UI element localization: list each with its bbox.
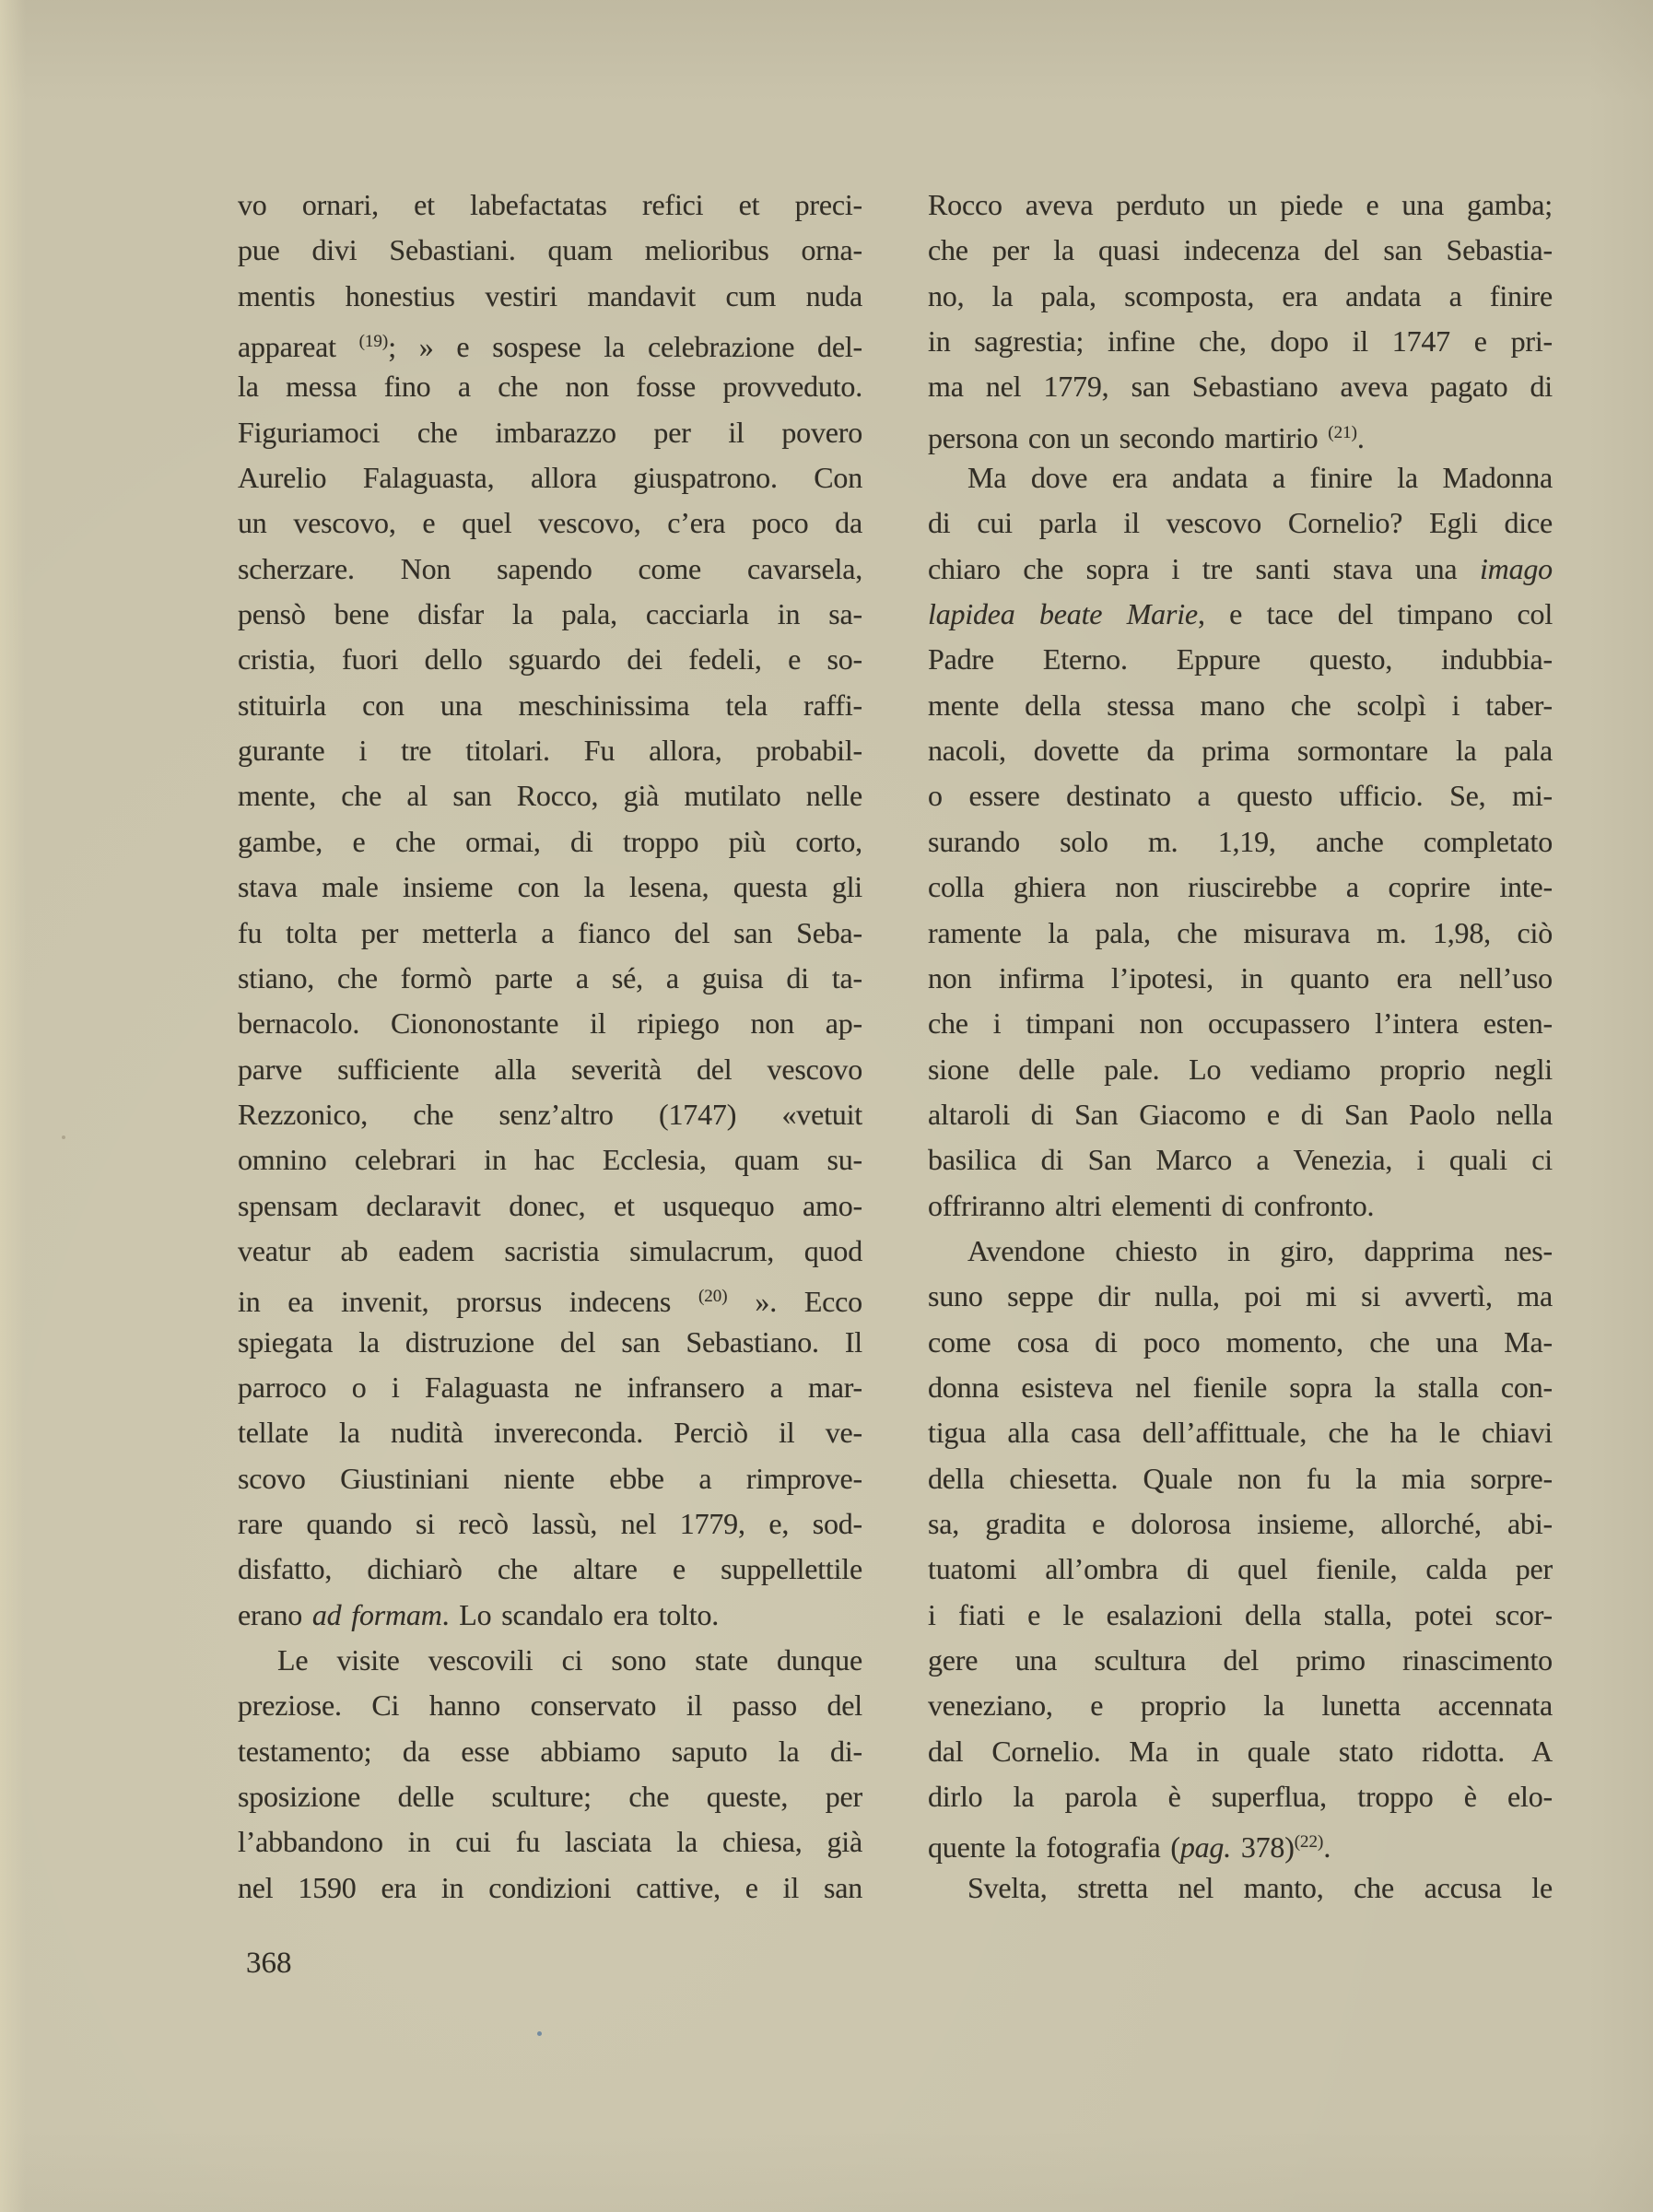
footnote-marker: (21)	[1328, 423, 1357, 442]
text-line: rare quando si recò lassù, nel 1779, e, …	[238, 1501, 862, 1547]
text-segment: gambe, e che ormai, di troppo più corto,	[238, 825, 862, 858]
text-segment: stava male insieme con la lesena, questa…	[238, 870, 862, 903]
text-line: pensò bene disfar la pala, cacciarla in …	[238, 592, 862, 637]
text-line: Figuriamoci che imbarazzo per il povero	[238, 410, 862, 455]
text-line: stituirla con una meschinissima tela raf…	[238, 683, 862, 728]
text-line: surando solo m. 1,19, anche completato	[928, 819, 1553, 865]
text-line: bernacolo. Ciononostante il ripiego non …	[238, 1001, 862, 1046]
text-segment: offriranno altri elementi di confronto.	[928, 1189, 1374, 1222]
text-segment: colla ghiera non riuscirebbe a coprire i…	[928, 870, 1553, 903]
text-line: mentis honestius vestiri mandavit cum nu…	[238, 274, 862, 319]
text-line: Avendone chiesto in giro, dapprima nes-	[928, 1229, 1553, 1274]
text-column-left: vo ornari, et labefactatas refici et pre…	[238, 182, 862, 1911]
text-segment: bernacolo. Ciononostante il ripiego non …	[238, 1006, 862, 1040]
text-segment: testamento; da esse abbiamo saputo la di…	[238, 1735, 862, 1768]
text-segment: parve sufficiente alla severità del vesc…	[238, 1053, 862, 1086]
text-line: parve sufficiente alla severità del vesc…	[238, 1047, 862, 1092]
text-line: preziose. Ci hanno conservato il passo d…	[238, 1683, 862, 1728]
text-line: mente della stessa mano che scolpì i tab…	[928, 683, 1553, 728]
text-segment: i fiati e le esalazioni della stalla, po…	[928, 1598, 1553, 1631]
text-line: sione delle pale. Lo vediamo proprio neg…	[928, 1047, 1553, 1092]
text-line: i fiati e le esalazioni della stalla, po…	[928, 1593, 1553, 1638]
text-line: disfatto, dichiarò che altare e suppelle…	[238, 1547, 862, 1592]
text-segment: persona con un secondo martirio	[928, 421, 1328, 454]
text-line: omnino celebrari in hac Ecclesia, quam s…	[238, 1137, 862, 1182]
text-segment: omnino celebrari in hac Ecclesia, quam s…	[238, 1143, 862, 1176]
text-segment: nacoli, dovette da prima sormontare la p…	[928, 734, 1553, 767]
text-line: quente la fotografia (pag. 378)(22).	[928, 1819, 1553, 1865]
text-segment: mente della stessa mano che scolpì i tab…	[928, 688, 1553, 722]
text-line: erano ad formam. Lo scandalo era tolto.	[238, 1593, 862, 1638]
text-segment: in ea invenit, prorsus indecens	[238, 1285, 698, 1318]
text-line: di cui parla il vescovo Cornelio? Egli d…	[928, 500, 1553, 546]
text-line: un vescovo, e quel vescovo, c’era poco d…	[238, 500, 862, 546]
text-segment: Avendone chiesto in giro, dapprima nes-	[967, 1234, 1553, 1267]
text-line: parroco o i Falaguasta ne infransero a m…	[238, 1365, 862, 1410]
text-segment: tuatomi all’ombra di quel fienile, calda…	[928, 1552, 1553, 1585]
text-line: Ma dove era andata a finire la Madonna	[928, 455, 1553, 500]
text-line: veneziano, e proprio la lunetta accennat…	[928, 1683, 1553, 1728]
text-segment: suno seppe dir nulla, poi mi si avvertì,…	[928, 1279, 1553, 1312]
text-segment: pue divi Sebastiani. quam melioribus orn…	[238, 233, 862, 266]
text-line: spensam declaravit donec, et usquequo am…	[238, 1183, 862, 1229]
text-segment: preziose. Ci hanno conservato il passo d…	[238, 1688, 862, 1722]
text-segment: la messa fino a che non fosse provveduto…	[238, 370, 862, 403]
text-segment: dal Cornelio. Ma in quale stato ridotta.…	[928, 1735, 1553, 1768]
book-page: vo ornari, et labefactatas refici et pre…	[0, 0, 1653, 2212]
text-line: mente, che al san Rocco, già mutilato ne…	[238, 773, 862, 818]
text-segment: Rocco aveva perduto un piede e una gamba…	[928, 188, 1553, 221]
page-number: 368	[246, 1947, 292, 1981]
text-segment: ramente la pala, che misurava m. 1,98, c…	[928, 916, 1553, 949]
text-segment: veneziano, e proprio la lunetta accennat…	[928, 1688, 1553, 1722]
text-line: gambe, e che ormai, di troppo più corto,	[238, 819, 862, 865]
text-segment: l’abbandono in cui fu lasciata la chiesa…	[238, 1825, 862, 1858]
text-line: suno seppe dir nulla, poi mi si avvertì,…	[928, 1274, 1553, 1319]
text-segment: gere una scultura del primo rinascimento	[928, 1643, 1553, 1677]
text-segment: pensò bene disfar la pala, cacciarla in …	[238, 597, 862, 630]
text-segment: cristia, fuori dello sguardo dei fedeli,…	[238, 642, 862, 676]
text-segment: dirlo la parola è superflua, troppo è el…	[928, 1780, 1553, 1813]
text-line: gurante i tre titolari. Fu allora, proba…	[238, 728, 862, 773]
text-segment: , e tace del timpano col	[1198, 597, 1553, 630]
text-segment: vo ornari, et labefactatas refici et pre…	[238, 188, 862, 221]
text-segment: scherzare. Non sapendo come cavarsela,	[238, 552, 862, 585]
text-line: scherzare. Non sapendo come cavarsela,	[238, 547, 862, 592]
text-segment: mente, che al san Rocco, già mutilato ne…	[238, 779, 862, 812]
text-segment: che i timpani non occupassero l’intera e…	[928, 1006, 1553, 1040]
text-segment: Aurelio Falaguasta, allora giuspatrono. …	[238, 461, 862, 494]
text-segment: Rezzonico, che senz’altro (1747) «vetuit	[238, 1098, 862, 1131]
text-line: la messa fino a che non fosse provveduto…	[238, 364, 862, 409]
text-line: offriranno altri elementi di confronto.	[928, 1183, 1553, 1229]
text-segment: o essere destinato a questo ufficio. Se,…	[928, 779, 1553, 812]
text-line: come cosa di poco momento, che una Ma-	[928, 1320, 1553, 1365]
text-line: stava male insieme con la lesena, questa…	[238, 865, 862, 910]
text-segment: erano	[238, 1598, 312, 1631]
text-line: nacoli, dovette da prima sormontare la p…	[928, 728, 1553, 773]
text-segment: .	[1323, 1830, 1331, 1864]
text-segment: spensam declaravit donec, et usquequo am…	[238, 1189, 862, 1222]
text-line: Rocco aveva perduto un piede e una gamba…	[928, 182, 1553, 228]
text-segment: scovo Giustiniani niente ebbe a rimprove…	[238, 1462, 862, 1495]
text-line: l’abbandono in cui fu lasciata la chiesa…	[238, 1819, 862, 1865]
text-segment: mentis honestius vestiri mandavit cum nu…	[238, 279, 862, 312]
text-segment: tellate la nudità invereconda. Perciò il…	[238, 1416, 862, 1449]
text-line: basilica di San Marco a Venezia, i quali…	[928, 1137, 1553, 1182]
text-segment: Padre Eterno. Eppure questo, indubbia-	[928, 642, 1553, 676]
text-segment: ma nel 1779, san Sebastiano aveva pagato…	[928, 370, 1553, 403]
text-segment: che per la quasi indecenza del san Sebas…	[928, 233, 1553, 266]
text-segment: . Lo scandalo era tolto.	[442, 1598, 719, 1631]
text-line: scovo Giustiniani niente ebbe a rimprove…	[238, 1456, 862, 1501]
text-line: dirlo la parola è superflua, troppo è el…	[928, 1774, 1553, 1819]
text-line: sa, gradita e dolorosa insieme, allorché…	[928, 1501, 1553, 1547]
text-segment: altaroli di San Giacomo e di San Paolo n…	[928, 1098, 1553, 1131]
text-segment: sione delle pale. Lo vediamo proprio neg…	[928, 1053, 1553, 1086]
text-segment: lapidea beate Marie	[928, 597, 1198, 630]
text-segment: non infirma l’ipotesi, in quanto era nel…	[928, 961, 1553, 994]
text-line: stiano, che formò parte a sé, a guisa di…	[238, 956, 862, 1001]
text-line: vo ornari, et labefactatas refici et pre…	[238, 182, 862, 228]
text-segment: disfatto, dichiarò che altare e suppelle…	[238, 1552, 862, 1585]
text-segment: fu tolta per metterla a fianco del san S…	[238, 916, 862, 949]
text-segment: ad formam	[312, 1598, 442, 1631]
text-line: nel 1590 era in condizioni cattive, e il…	[238, 1865, 862, 1911]
footnote-marker: (19)	[359, 332, 389, 351]
text-line: non infirma l’ipotesi, in quanto era nel…	[928, 956, 1553, 1001]
text-segment: come cosa di poco momento, che una Ma-	[928, 1325, 1553, 1359]
text-segment: Figuriamoci che imbarazzo per il povero	[238, 416, 862, 449]
text-segment: surando solo m. 1,19, anche completato	[928, 825, 1553, 858]
text-line: sposizione delle sculture; che queste, p…	[238, 1774, 862, 1819]
text-line: dal Cornelio. Ma in quale stato ridotta.…	[928, 1729, 1553, 1774]
text-segment: Le visite vescovili ci sono state dunque	[277, 1643, 862, 1677]
text-line: no, la pala, scomposta, era andata a fin…	[928, 274, 1553, 319]
text-segment: no, la pala, scomposta, era andata a fin…	[928, 279, 1553, 312]
text-line: spiegata la distruzione del san Sebastia…	[238, 1320, 862, 1365]
text-line: o essere destinato a questo ufficio. Se,…	[928, 773, 1553, 818]
text-line: gere una scultura del primo rinascimento	[928, 1638, 1553, 1683]
text-segment: chiaro che sopra i tre santi stava una	[928, 552, 1480, 585]
text-line: pue divi Sebastiani. quam melioribus orn…	[238, 228, 862, 273]
text-line: che per la quasi indecenza del san Sebas…	[928, 228, 1553, 273]
text-segment: appareat	[238, 330, 359, 363]
footnote-marker: (20)	[698, 1287, 728, 1306]
text-segment: .	[1357, 421, 1365, 454]
text-line: donna esisteva nel fienile sopra la stal…	[928, 1365, 1553, 1410]
footnote-marker: (22)	[1295, 1832, 1324, 1852]
text-segment: ». Ecco	[728, 1285, 862, 1318]
text-line: in ea invenit, prorsus indecens (20) ». …	[238, 1274, 862, 1319]
text-line: in sagrestia; infine che, dopo il 1747 e…	[928, 319, 1553, 364]
text-line: chiaro che sopra i tre santi stava una i…	[928, 547, 1553, 592]
text-column-right: Rocco aveva perduto un piede e una gamba…	[928, 182, 1553, 1911]
scan-speck	[62, 1135, 65, 1139]
text-segment: un vescovo, e quel vescovo, c’era poco d…	[238, 506, 862, 539]
text-line: appareat (19); » e sospese la celebrazio…	[238, 319, 862, 364]
text-line: altaroli di San Giacomo e di San Paolo n…	[928, 1092, 1553, 1137]
text-segment: tigua alla casa dell’affittuale, che ha …	[928, 1416, 1553, 1449]
scan-speck	[537, 2031, 542, 2036]
text-line: tigua alla casa dell’affittuale, che ha …	[928, 1410, 1553, 1455]
text-line: ramente la pala, che misurava m. 1,98, c…	[928, 911, 1553, 956]
text-segment: nel 1590 era in condizioni cattive, e il…	[238, 1871, 862, 1904]
text-line: testamento; da esse abbiamo saputo la di…	[238, 1729, 862, 1774]
text-segment: veatur ab eadem sacristia simulacrum, qu…	[238, 1234, 862, 1267]
text-line: ma nel 1779, san Sebastiano aveva pagato…	[928, 364, 1553, 409]
text-segment: sposizione delle sculture; che queste, p…	[238, 1780, 862, 1813]
text-line: tellate la nudità invereconda. Perciò il…	[238, 1410, 862, 1455]
text-line: della chiesetta. Quale non fu la mia sor…	[928, 1456, 1553, 1501]
text-segment: della chiesetta. Quale non fu la mia sor…	[928, 1462, 1553, 1495]
text-segment: 378)	[1231, 1830, 1295, 1864]
text-segment: stiano, che formò parte a sé, a guisa di…	[238, 961, 862, 994]
text-line: Svelta, stretta nel manto, che accusa le	[928, 1865, 1553, 1911]
text-line: Aurelio Falaguasta, allora giuspatrono. …	[238, 455, 862, 500]
text-line: veatur ab eadem sacristia simulacrum, qu…	[238, 1229, 862, 1274]
text-segment: ; » e sospese la celebrazione del-	[388, 330, 862, 363]
text-line: persona con un secondo martirio (21).	[928, 410, 1553, 455]
text-segment: gurante i tre titolari. Fu allora, proba…	[238, 734, 862, 767]
text-segment: Ma dove era andata a finire la Madonna	[967, 461, 1553, 494]
text-segment: di cui parla il vescovo Cornelio? Egli d…	[928, 506, 1553, 539]
text-line: Padre Eterno. Eppure questo, indubbia-	[928, 637, 1553, 682]
text-segment: in sagrestia; infine che, dopo il 1747 e…	[928, 324, 1553, 358]
text-segment: donna esisteva nel fienile sopra la stal…	[928, 1371, 1553, 1404]
text-line: tuatomi all’ombra di quel fienile, calda…	[928, 1547, 1553, 1592]
text-segment: sa, gradita e dolorosa insieme, allorché…	[928, 1507, 1553, 1540]
text-segment: Svelta, stretta nel manto, che accusa le	[967, 1871, 1553, 1904]
text-line: fu tolta per metterla a fianco del san S…	[238, 911, 862, 956]
text-line: lapidea beate Marie, e tace del timpano …	[928, 592, 1553, 637]
text-segment: rare quando si recò lassù, nel 1779, e, …	[238, 1507, 862, 1540]
text-segment: quente la fotografia (	[928, 1830, 1180, 1864]
text-line: colla ghiera non riuscirebbe a coprire i…	[928, 865, 1553, 910]
text-line: cristia, fuori dello sguardo dei fedeli,…	[238, 637, 862, 682]
text-segment: spiegata la distruzione del san Sebastia…	[238, 1325, 862, 1359]
text-segment: basilica di San Marco a Venezia, i quali…	[928, 1143, 1553, 1176]
text-segment: pag.	[1180, 1830, 1231, 1864]
text-line: Rezzonico, che senz’altro (1747) «vetuit	[238, 1092, 862, 1137]
text-line: che i timpani non occupassero l’intera e…	[928, 1001, 1553, 1046]
text-segment: stituirla con una meschinissima tela raf…	[238, 688, 862, 722]
text-segment: imago	[1480, 552, 1553, 585]
text-segment: parroco o i Falaguasta ne infransero a m…	[238, 1371, 862, 1404]
text-line: Le visite vescovili ci sono state dunque	[238, 1638, 862, 1683]
